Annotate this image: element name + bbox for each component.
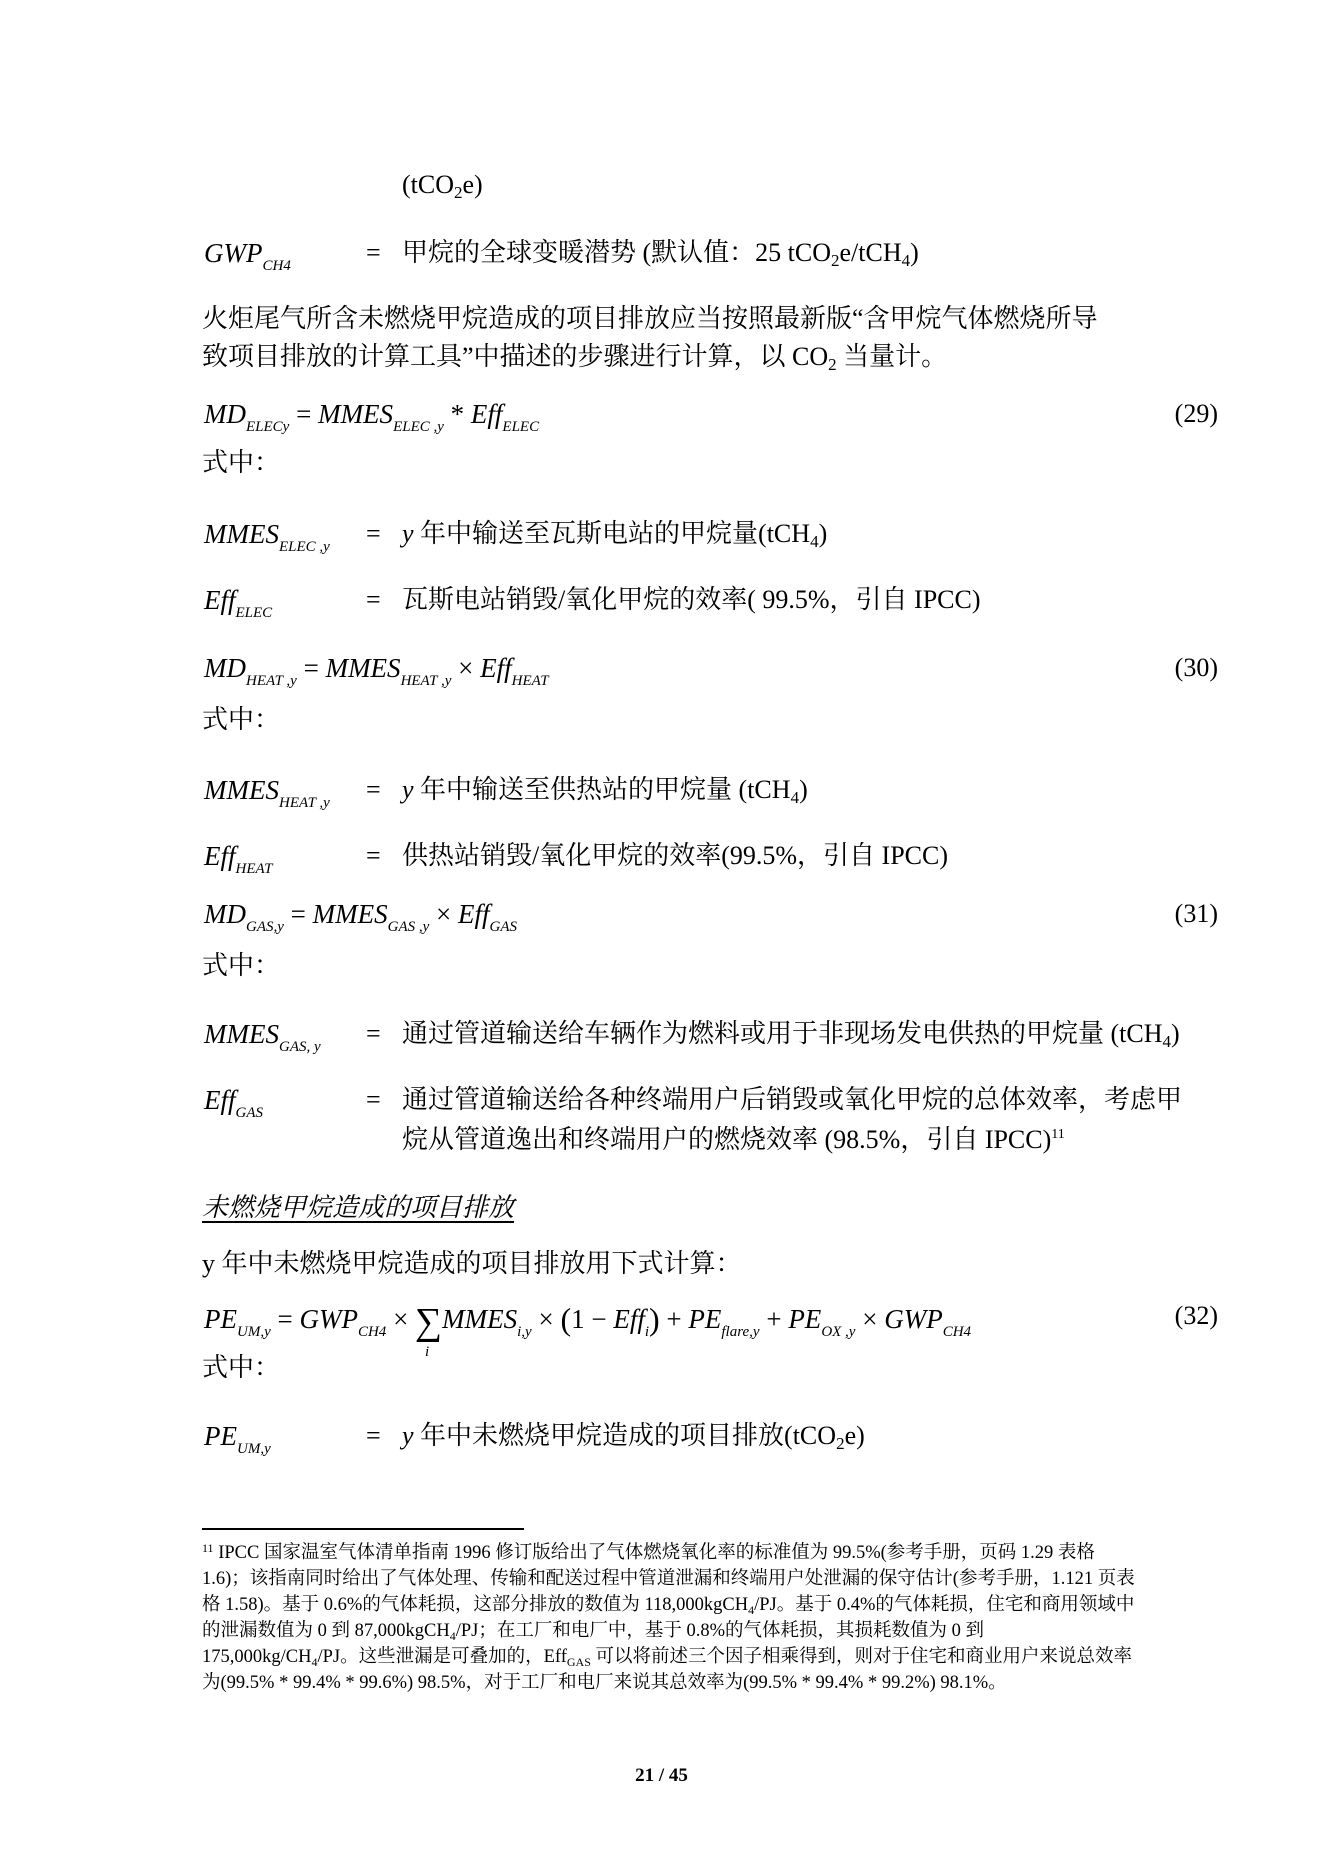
section-heading: 未燃烧甲烷造成的项目排放 — [202, 1193, 514, 1223]
section-intro: y 年中未燃烧甲烷造成的项目排放用下式计算： — [202, 1249, 742, 1279]
gwp-definition: 甲烷的全球变暖潜势 (默认值：25 tCO2e/tCH4) — [402, 238, 919, 268]
equation-number-32: (32) — [1175, 1301, 1218, 1331]
equation-number-30: (30) — [1175, 653, 1218, 683]
equals-sign: = — [366, 238, 381, 268]
eff-heat-symbol: EffHEAT — [204, 841, 272, 871]
equation-29: MDELECy = MMESELEC ,y * EffELEC — [204, 399, 539, 429]
mmes-heat-symbol: MMESHEAT ,y — [204, 775, 330, 805]
page-number: 21 / 45 — [0, 1765, 1323, 1787]
equation-32: PEUM,y = GWPCH4 × ∑iMMESi,y × (1 − Effi)… — [204, 1301, 971, 1334]
equals-sign: = — [366, 1019, 381, 1049]
equals-sign: = — [366, 1085, 381, 1115]
footnote-separator — [202, 1528, 524, 1530]
eff-gas-definition-line-2: 烷从管道逸出和终端用户的燃烧效率 (98.5%，引自 IPCC)11 — [402, 1125, 1065, 1155]
mmes-gas-symbol: MMESGAS, y — [204, 1019, 321, 1049]
where-label: 式中： — [202, 448, 280, 478]
paragraph-line-1: 火炬尾气所含未燃烧甲烷造成的项目排放应当按照最新版“含甲烷气体燃烧所导 — [202, 304, 1098, 334]
footnote-11: 11 IPCC 国家温室气体清单指南 1996 修订版给出了气体燃烧氧化率的标准… — [202, 1540, 1142, 1696]
equation-31: MDGAS,y = MMESGAS ,y × EffGAS — [204, 899, 517, 929]
pe-um-definition: y 年中未燃烧甲烷造成的项目排放(tCO2e) — [402, 1421, 865, 1451]
paragraph-line-2: 致项目排放的计算工具”中描述的步骤进行计算，以 CO2 当量计。 — [202, 342, 947, 372]
equation-number-31: (31) — [1175, 899, 1218, 929]
equals-sign: = — [366, 841, 381, 871]
footnote-reference[interactable]: 11 — [1051, 1127, 1064, 1142]
mmes-heat-definition: y 年中输送至供热站的甲烷量 (tCH4) — [402, 775, 808, 805]
eff-gas-symbol: EffGAS — [204, 1085, 263, 1115]
equals-sign: = — [366, 519, 381, 549]
gwp-symbol: GWPCH4 — [204, 238, 291, 268]
continued-unit: (tCO2e) — [402, 170, 483, 200]
footnote-marker: 11 — [202, 1541, 214, 1555]
mmes-gas-definition: 通过管道输送给车辆作为燃料或用于非现场发电供热的甲烷量 (tCH4) — [402, 1019, 1180, 1049]
eff-gas-definition-line-1: 通过管道输送给各种终端用户后销毁或氧化甲烷的总体效率，考虑甲 — [402, 1085, 1182, 1115]
where-label: 式中： — [202, 1353, 280, 1383]
mmes-elec-definition: y 年中输送至瓦斯电站的甲烷量(tCH4) — [402, 519, 827, 549]
equals-sign: = — [366, 585, 381, 615]
where-label: 式中： — [202, 705, 280, 735]
equation-number-29: (29) — [1175, 399, 1218, 429]
equals-sign: = — [366, 775, 381, 805]
pe-um-symbol: PEUM,y — [204, 1421, 271, 1451]
where-label: 式中： — [202, 951, 280, 981]
eff-elec-definition: 瓦斯电站销毁/氧化甲烷的效率( 99.5%，引自 IPCC) — [402, 585, 981, 615]
eff-elec-symbol: EffELEC — [204, 585, 272, 615]
eff-heat-definition: 供热站销毁/氧化甲烷的效率(99.5%，引自 IPCC) — [402, 841, 948, 871]
mmes-elec-symbol: MMESELEC ,y — [204, 519, 330, 549]
equation-30: MDHEAT ,y = MMESHEAT ,y × EffHEAT — [204, 653, 549, 683]
equals-sign: = — [366, 1421, 381, 1451]
